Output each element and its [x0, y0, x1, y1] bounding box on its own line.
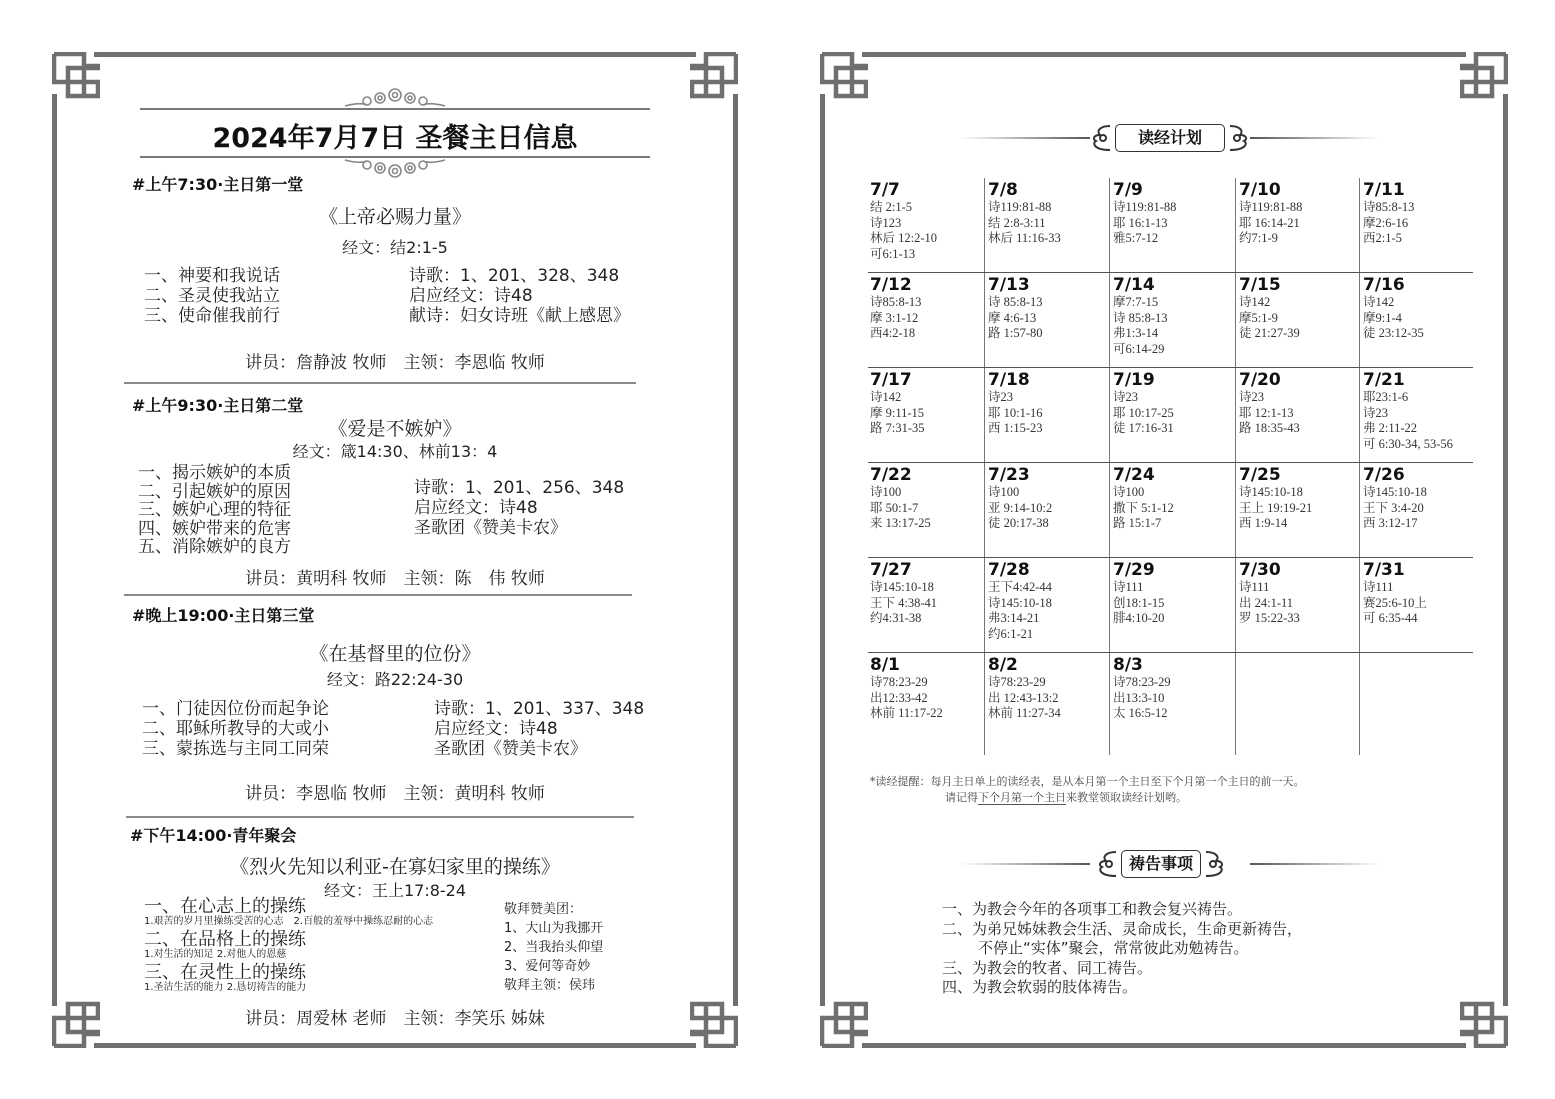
plan-cell-empty [1235, 653, 1359, 755]
cloud-scroll-icon [1228, 123, 1250, 153]
banner-rule [1250, 137, 1380, 139]
outline-subpoints: 1.艰苦的岁月里操练受苦的心志 2.百般的羞辱中操练忍耐的心志 [144, 916, 504, 928]
banner-rule [1250, 863, 1380, 865]
hymn-item: 启应经文：诗48 [414, 498, 624, 518]
plan-cell: 7/26 诗145:10-18 王下 3:4-20 西 3:12-17 [1359, 463, 1473, 558]
hymn-list: 诗歌：1、201、337、348 启应经文：诗48 圣歌团《赞美卡农》 [434, 699, 644, 759]
banner-rule [960, 863, 1090, 865]
reading-ref: 诗78:23-29 [1113, 675, 1235, 691]
speaker-line: 讲员：李恩临 牧师 主领：黄明科 牧师 [140, 779, 650, 804]
fret-corner-icon [52, 52, 100, 100]
reading-ref: 徒 21:27-39 [1239, 326, 1359, 342]
plan-date: 7/10 [1239, 180, 1359, 200]
reminder-underlined-text: 下个月第一个主日 [978, 791, 1066, 805]
sermon-title: 《在基督里的位份》 [140, 639, 650, 666]
reading-ref: 耶 50:1-7 [870, 501, 984, 517]
outline-item: 一、门徒因位份而起争论 [142, 699, 329, 719]
plan-cell-empty [1359, 653, 1473, 755]
page-title: 2024年7月7日 圣餐主日信息 [140, 116, 650, 155]
plan-date: 7/15 [1239, 275, 1359, 295]
fret-corner-icon [1460, 52, 1508, 100]
cloud-scroll-icon [1204, 849, 1226, 879]
reading-ref: 雅5:7-12 [1113, 231, 1235, 247]
frame-border-top [862, 52, 1466, 57]
plan-date: 7/16 [1363, 275, 1473, 295]
plan-date: 7/20 [1239, 370, 1359, 390]
speaker-line: 讲员：周爱林 老师 主领：李笑乐 姊妹 [140, 1004, 650, 1029]
reading-ref: 路 1:57-80 [988, 326, 1109, 342]
outline-item: 一、神要和我说话 [144, 266, 280, 286]
reading-ref: 耶 12:1-13 [1239, 406, 1359, 422]
reading-ref: 可 6:30-34, 53-56 [1363, 437, 1473, 453]
plan-cell: 7/21 耶23:1-6 诗23 弗 2:11-22 可 6:30-34, 53… [1359, 368, 1473, 463]
frame-border-top [94, 52, 696, 57]
plan-cell: 7/7 结 2:1-5 诗123 林后 12:2-10 可6:1-13 [868, 178, 984, 273]
plan-date: 7/13 [988, 275, 1109, 295]
reading-ref: 耶 16:1-13 [1113, 216, 1235, 232]
plan-date: 7/24 [1113, 465, 1235, 485]
plan-date: 7/27 [870, 560, 984, 580]
service-heading: #下午14:00·青年聚会 [130, 823, 296, 846]
reading-ref: 诗145:10-18 [988, 596, 1109, 612]
reading-ref: 徒 23:12-35 [1363, 326, 1473, 342]
sermon-title: 《上帝必赐力量》 [140, 202, 650, 229]
sermon-outline: 一、神要和我说话 二、圣灵使我站立 三、使命催我前行 [144, 266, 280, 326]
section-divider [124, 594, 632, 596]
fret-corner-icon [1460, 1000, 1508, 1048]
reading-ref: 诗142 [870, 390, 984, 406]
plan-cell: 7/18 诗23 耶 10:1-16 西 1:15-23 [984, 368, 1109, 463]
plan-cell: 7/13 诗 85:8-13 摩 4:6-13 路 1:57-80 [984, 273, 1109, 368]
scripture-reference: 经文：路22:24-30 [140, 667, 650, 690]
sermon-title: 《爱是不嫉妒》 [140, 414, 650, 441]
reading-ref: 结 2:8-3:11 [988, 216, 1109, 232]
reading-ref: 摩7:7-15 [1113, 295, 1235, 311]
reading-ref: 诗145:10-18 [870, 580, 984, 596]
outline-item: 二、圣灵使我站立 [144, 286, 280, 306]
service-heading: #晚上19:00·主日第三堂 [132, 603, 314, 626]
frame-border-bottom [862, 1043, 1466, 1048]
reading-ref: 赛25:6-10上 [1363, 596, 1473, 612]
plan-row: 7/7 结 2:1-5 诗123 林后 12:2-10 可6:1-13 7/8 … [868, 178, 1473, 273]
reading-ref: 约4:31-38 [870, 611, 984, 627]
plan-date: 8/1 [870, 655, 984, 675]
prayer-banner: 祷告事项 [960, 848, 1380, 880]
reading-ref: 王上 19:19-21 [1239, 501, 1359, 517]
sermon-outline: 一、揭示嫉妒的本质 二、引起嫉妒的原因 三、嫉妒心理的特征 四、嫉妒带来的危害 … [138, 464, 291, 557]
outline-subpoints: 1.对生活的知足 2.对他人的恩慈 [144, 949, 504, 961]
reminder-text: 来教堂领取读经计划哟。 [1066, 791, 1187, 804]
worship-item: 敬拜赞美团： [504, 900, 603, 919]
reading-ref: 摩2:6-16 [1363, 216, 1473, 232]
reading-ref: 诗142 [1239, 295, 1359, 311]
reading-ref: 诗111 [1239, 580, 1359, 596]
hymn-item: 献诗：妇女诗班《献上感恩》 [409, 306, 630, 326]
plan-cell: 7/24 诗100 撒下 5:1-12 路 15:1-7 [1109, 463, 1235, 558]
plan-cell: 7/20 诗23 耶 12:1-13 路 18:35-43 [1235, 368, 1359, 463]
cloud-scroll-icon [1096, 849, 1118, 879]
section-divider [124, 382, 636, 384]
reading-ref: 摩 3:1-12 [870, 311, 984, 327]
plan-cell: 8/1 诗78:23-29 出12:33-42 林前 11:17-22 [868, 653, 984, 755]
plan-date: 8/3 [1113, 655, 1235, 675]
title-rule-top [140, 108, 650, 110]
hymn-item: 诗歌：1、201、256、348 [414, 478, 624, 498]
plan-cell: 7/11 诗85:8-13 摩2:6-16 西2:1-5 [1359, 178, 1473, 273]
reading-ref: 耶 16:14-21 [1239, 216, 1359, 232]
reading-ref: 诗100 [988, 485, 1109, 501]
bulletin-right-page: 读经计划 7/7 结 2:1-5 诗123 林后 12:2-10 可6:1-13… [820, 52, 1508, 1048]
hymn-item: 诗歌：1、201、337、348 [434, 699, 644, 719]
reading-ref: 诗142 [1363, 295, 1473, 311]
reading-ref: 诗100 [870, 485, 984, 501]
reading-ref: 罗 15:22-33 [1239, 611, 1359, 627]
hymn-item: 启应经文：诗48 [434, 719, 644, 739]
plan-date: 7/25 [1239, 465, 1359, 485]
reading-ref: 西 1:15-23 [988, 421, 1109, 437]
reading-ref: 诗145:10-18 [1363, 485, 1473, 501]
plan-cell: 7/15 诗142 摩5:1-9 徒 21:27-39 [1235, 273, 1359, 368]
plan-date: 7/12 [870, 275, 984, 295]
reading-ref: 西 1:9-14 [1239, 516, 1359, 532]
reading-ref: 林前 11:17-22 [870, 706, 984, 722]
reading-ref: 约7:1-9 [1239, 231, 1359, 247]
reading-ref: 诗119:81-88 [988, 200, 1109, 216]
reading-ref: 林前 11:27-34 [988, 706, 1109, 722]
frame-border-bottom [94, 1043, 696, 1048]
plan-cell: 7/22 诗100 耶 50:1-7 来 13:17-25 [868, 463, 984, 558]
bulletin-left-page: 2024年7月7日 圣餐主日信息 #上午7:30·主日第一堂 《上帝必赐力量》 … [52, 52, 738, 1048]
outline-item: 二、在品格上的操练 [144, 930, 504, 949]
outline-item: 三、嫉妒心理的特征 [138, 501, 291, 520]
reading-ref: 摩9:1-4 [1363, 311, 1473, 327]
plan-cell: 7/12 诗85:8-13 摩 3:1-12 西4:2-18 [868, 273, 984, 368]
speaker-line: 讲员：詹静波 牧师 主领：李恩临 牧师 [140, 348, 650, 373]
plan-row: 7/17 诗142 摩 9:11-15 路 7:31-35 7/18 诗23 耶… [868, 368, 1473, 463]
reading-ref: 徒 17:16-31 [1113, 421, 1235, 437]
frame-border-right [1503, 94, 1508, 1006]
fret-corner-icon [820, 52, 868, 100]
plan-date: 7/31 [1363, 560, 1473, 580]
plan-date: 7/26 [1363, 465, 1473, 485]
plan-date: 7/17 [870, 370, 984, 390]
reading-ref: 弗 2:11-22 [1363, 421, 1473, 437]
reading-ref: 摩 9:11-15 [870, 406, 984, 422]
reading-ref: 可6:1-13 [870, 247, 984, 263]
reading-plan-banner: 读经计划 [960, 122, 1380, 154]
outline-item: 五、消除嫉妒的良方 [138, 538, 291, 557]
reading-ref: 路 7:31-35 [870, 421, 984, 437]
section-title: 祷告事项 [1121, 850, 1201, 878]
plan-row: 7/27 诗145:10-18 王下 4:38-41 约4:31-38 7/28… [868, 558, 1473, 653]
prayer-item: 四、为教会软弱的肢体祷告。 [942, 978, 1302, 998]
hymn-item: 圣歌团《赞美卡农》 [434, 739, 644, 759]
reading-ref: 诗85:8-13 [1363, 200, 1473, 216]
plan-cell: 7/14 摩7:7-15 诗 85:8-13 弗1:3-14 可6:14-29 [1109, 273, 1235, 368]
reading-ref: 出13:3-10 [1113, 691, 1235, 707]
reading-ref: 林后 11:16-33 [988, 231, 1109, 247]
reading-ref: 可6:14-29 [1113, 342, 1235, 358]
service-heading: #上午7:30·主日第一堂 [132, 172, 303, 195]
reading-ref: 创18:1-15 [1113, 596, 1235, 612]
plan-date: 7/14 [1113, 275, 1235, 295]
plan-date: 8/2 [988, 655, 1109, 675]
reminder-text: 请记得 [945, 791, 978, 804]
reading-ref: 诗 85:8-13 [1113, 311, 1235, 327]
reading-ref: 可 6:35-44 [1363, 611, 1473, 627]
reading-ref: 出12:33-42 [870, 691, 984, 707]
reading-ref: 诗111 [1113, 580, 1235, 596]
prayer-item: 二、为弟兄姊妹教会生活、灵命成长，生命更新祷告， [942, 920, 1302, 940]
reading-ref: 诗78:23-29 [870, 675, 984, 691]
hymn-item: 启应经文：诗48 [409, 286, 630, 306]
reading-ref: 王下 4:38-41 [870, 596, 984, 612]
plan-cell: 7/29 诗111 创18:1-15 腓4:10-20 [1109, 558, 1235, 653]
plan-cell: 7/19 诗23 耶 10:17-25 徒 17:16-31 [1109, 368, 1235, 463]
reading-ref: 太 16:5-12 [1113, 706, 1235, 722]
plan-date: 7/8 [988, 180, 1109, 200]
plan-date: 7/7 [870, 180, 984, 200]
plan-cell: 7/10 诗119:81-88 耶 16:14-21 约7:1-9 [1235, 178, 1359, 273]
plan-cell: 7/9 诗119:81-88 耶 16:1-13 雅5:7-12 [1109, 178, 1235, 273]
reading-ref: 王下4:42-44 [988, 580, 1109, 596]
frame-border-left [52, 94, 57, 1006]
plan-row: 8/1 诗78:23-29 出12:33-42 林前 11:17-22 8/2 … [868, 653, 1473, 755]
reading-ref: 诗119:81-88 [1113, 200, 1235, 216]
worship-item: 2、当我抬头仰望 [504, 938, 603, 957]
plan-date: 7/18 [988, 370, 1109, 390]
reading-ref: 路 15:1-7 [1113, 516, 1235, 532]
reading-ref: 亚 9:14-10:2 [988, 501, 1109, 517]
sermon-title: 《烈火先知以利亚-在寡妇家里的操练》 [140, 852, 650, 879]
plan-date: 7/30 [1239, 560, 1359, 580]
reading-ref: 摩5:1-9 [1239, 311, 1359, 327]
scripture-reference: 经文：结2:1-5 [140, 235, 650, 258]
reading-ref: 弗1:3-14 [1113, 326, 1235, 342]
reading-plan-table: 7/7 结 2:1-5 诗123 林后 12:2-10 可6:1-13 7/8 … [868, 178, 1473, 755]
hymn-list: 诗歌：1、201、256、348 启应经文：诗48 圣歌团《赞美卡农》 [414, 478, 624, 538]
prayer-item-continued: 不停止“实体”聚会，常常彼此劝勉祷告。 [942, 939, 1302, 959]
plan-row: 7/12 诗85:8-13 摩 3:1-12 西4:2-18 7/13 诗 85… [868, 273, 1473, 368]
plan-date: 7/28 [988, 560, 1109, 580]
prayer-item: 三、为教会的牧者、同工祷告。 [942, 959, 1302, 979]
reading-ref: 西4:2-18 [870, 326, 984, 342]
reading-ref: 出 12:43-13:2 [988, 691, 1109, 707]
worship-item: 敬拜主领：侯玮 [504, 976, 603, 995]
reading-ref: 徒 20:17-38 [988, 516, 1109, 532]
plan-cell: 7/25 诗145:10-18 王上 19:19-21 西 1:9-14 [1235, 463, 1359, 558]
hymn-item: 诗歌：1、201、328、348 [409, 266, 630, 286]
outline-item: 二、引起嫉妒的原因 [138, 483, 291, 502]
reading-ref: 诗119:81-88 [1239, 200, 1359, 216]
section-divider [126, 816, 634, 818]
scripture-reference: 经文：箴14:30、林前13：4 [140, 439, 650, 462]
reading-ref: 诗23 [1113, 390, 1235, 406]
reading-ref: 诗78:23-29 [988, 675, 1109, 691]
reading-ref: 诗111 [1363, 580, 1473, 596]
reading-ref: 王下 3:4-20 [1363, 501, 1473, 517]
frame-border-right [733, 94, 738, 1006]
outline-item: 三、在灵性上的操练 [144, 963, 504, 982]
outline-item: 四、嫉妒带来的危害 [138, 520, 291, 539]
frame-border-left [820, 94, 825, 1006]
section-title: 读经计划 [1115, 124, 1225, 152]
plan-cell: 7/30 诗111 出 24:1-11 罗 15:22-33 [1235, 558, 1359, 653]
plan-cell: 7/16 诗142 摩9:1-4 徒 23:12-35 [1359, 273, 1473, 368]
reminder-line: *读经提醒：每月主日单上的读经表，是从本月第一个主日至下个月第一个主日的前一天。 [870, 774, 1305, 790]
speaker-line: 讲员：黄明科 牧师 主领：陈 伟 牧师 [140, 564, 650, 589]
plan-date: 7/21 [1363, 370, 1473, 390]
reading-ref: 诗100 [1113, 485, 1235, 501]
plan-cell: 7/23 诗100 亚 9:14-10:2 徒 20:17-38 [984, 463, 1109, 558]
scroll-ornament-icon [340, 86, 450, 108]
reading-ref: 路 18:35-43 [1239, 421, 1359, 437]
worship-item: 1、大山为我挪开 [504, 919, 603, 938]
sermon-outline: 一、在心志上的操练 1.艰苦的岁月里操练受苦的心志 2.百般的羞辱中操练忍耐的心… [144, 897, 504, 996]
outline-subpoints: 1.圣洁生活的能力 2.恳切祷告的能力 [144, 982, 504, 994]
reading-ref: 腓4:10-20 [1113, 611, 1235, 627]
reading-ref: 出 24:1-11 [1239, 596, 1359, 612]
plan-date: 7/29 [1113, 560, 1235, 580]
plan-cell: 7/17 诗142 摩 9:11-15 路 7:31-35 [868, 368, 984, 463]
fret-corner-icon [690, 52, 738, 100]
plan-date: 7/19 [1113, 370, 1235, 390]
reading-ref: 诗23 [988, 390, 1109, 406]
worship-item: 3、爱何等奇妙 [504, 957, 603, 976]
plan-cell: 8/2 诗78:23-29 出 12:43-13:2 林前 11:27-34 [984, 653, 1109, 755]
reading-ref: 诗23 [1239, 390, 1359, 406]
cloud-scroll-icon [1090, 123, 1112, 153]
prayer-item: 一、为教会今年的各项事工和教会复兴祷告。 [942, 900, 1302, 920]
outline-item: 一、在心志上的操练 [144, 897, 504, 916]
plan-cell: 7/27 诗145:10-18 王下 4:38-41 约4:31-38 [868, 558, 984, 653]
reading-ref: 撒下 5:1-12 [1113, 501, 1235, 517]
reading-ref: 西2:1-5 [1363, 231, 1473, 247]
reading-ref: 摩 4:6-13 [988, 311, 1109, 327]
plan-cell: 8/3 诗78:23-29 出13:3-10 太 16:5-12 [1109, 653, 1235, 755]
worship-team-list: 敬拜赞美团： 1、大山为我挪开 2、当我抬头仰望 3、爱何等奇妙 敬拜主领：侯玮 [504, 900, 603, 995]
plan-date: 7/22 [870, 465, 984, 485]
reading-ref: 诗 85:8-13 [988, 295, 1109, 311]
prayer-list: 一、为教会今年的各项事工和教会复兴祷告。 二、为弟兄姊妹教会生活、灵命成长，生命… [942, 900, 1302, 998]
plan-cell: 7/31 诗111 赛25:6-10上 可 6:35-44 [1359, 558, 1473, 653]
plan-row: 7/22 诗100 耶 50:1-7 来 13:17-25 7/23 诗100 … [868, 463, 1473, 558]
hymn-item: 圣歌团《赞美卡农》 [414, 518, 624, 538]
plan-cell: 7/8 诗119:81-88 结 2:8-3:11 林后 11:16-33 [984, 178, 1109, 273]
fret-corner-icon [690, 1000, 738, 1048]
hymn-list: 诗歌：1、201、328、348 启应经文：诗48 献诗：妇女诗班《献上感恩》 [409, 266, 630, 326]
plan-date: 7/9 [1113, 180, 1235, 200]
outline-item: 二、耶稣所教导的大或小 [142, 719, 329, 739]
banner-rule [960, 137, 1090, 139]
reading-ref: 耶23:1-6 [1363, 390, 1473, 406]
scroll-ornament-icon [340, 158, 450, 180]
reading-ref: 林后 12:2-10 [870, 231, 984, 247]
reading-ref: 诗145:10-18 [1239, 485, 1359, 501]
reading-ref: 诗23 [1363, 406, 1473, 422]
reading-ref: 诗85:8-13 [870, 295, 984, 311]
reading-ref: 弗3:14-21 [988, 611, 1109, 627]
outline-item: 三、使命催我前行 [144, 306, 280, 326]
reading-ref: 约6:1-21 [988, 627, 1109, 643]
reading-ref: 耶 10:1-16 [988, 406, 1109, 422]
reading-ref: 西 3:12-17 [1363, 516, 1473, 532]
reading-reminder: *读经提醒：每月主日单上的读经表，是从本月第一个主日至下个月第一个主日的前一天。… [870, 774, 1305, 806]
reading-ref: 耶 10:17-25 [1113, 406, 1235, 422]
plan-date: 7/23 [988, 465, 1109, 485]
reading-ref: 结 2:1-5 [870, 200, 984, 216]
plan-cell: 7/28 王下4:42-44 诗145:10-18 弗3:14-21 约6:1-… [984, 558, 1109, 653]
reading-ref: 来 13:17-25 [870, 516, 984, 532]
reminder-line: 请记得下个月第一个主日来教堂领取读经计划哟。 [870, 790, 1305, 806]
fret-corner-icon [820, 1000, 868, 1048]
outline-item: 三、蒙拣选与主同工同荣 [142, 739, 329, 759]
plan-date: 7/11 [1363, 180, 1473, 200]
reading-ref: 诗123 [870, 216, 984, 232]
sermon-outline: 一、门徒因位份而起争论 二、耶稣所教导的大或小 三、蒙拣选与主同工同荣 [142, 699, 329, 759]
service-heading: #上午9:30·主日第二堂 [132, 393, 303, 416]
outline-item: 一、揭示嫉妒的本质 [138, 464, 291, 483]
fret-corner-icon [52, 1000, 100, 1048]
